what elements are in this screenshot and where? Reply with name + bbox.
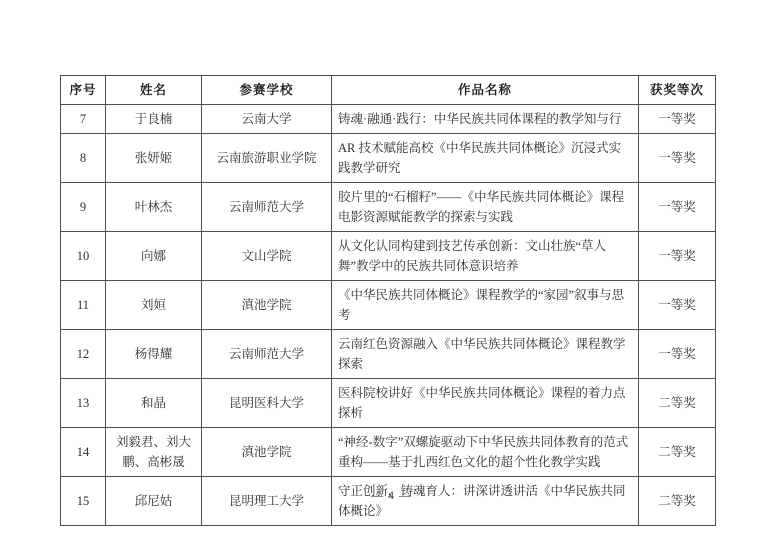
header-award-level: 获奖等次 xyxy=(639,76,716,105)
row-name: 刘毅君、刘大鹏、高彬晟 xyxy=(106,428,202,477)
row-work-title: AR 技术赋能高校《中华民族共同体概论》沉浸式实践教学研究 xyxy=(332,134,639,183)
row-name: 于良楠 xyxy=(106,105,202,134)
table-row: 8张妍姬云南旅游职业学院AR 技术赋能高校《中华民族共同体概论》沉浸式实践教学研… xyxy=(61,134,716,183)
table-row: 14刘毅君、刘大鹏、高彬晟滇池学院“神经-数字”双螺旋驱动下中华民族共同体教育的… xyxy=(61,428,716,477)
row-serial-number: 14 xyxy=(61,428,106,477)
row-name: 叶林杰 xyxy=(106,183,202,232)
row-work-title: “神经-数字”双螺旋驱动下中华民族共同体教育的范式重构——基于扎西红色文化的超个… xyxy=(332,428,639,477)
row-award-level: 一等奖 xyxy=(639,105,716,134)
row-school: 文山学院 xyxy=(202,232,332,281)
row-serial-number: 7 xyxy=(61,105,106,134)
row-serial-number: 12 xyxy=(61,330,106,379)
row-serial-number: 11 xyxy=(61,281,106,330)
row-award-level: 一等奖 xyxy=(639,232,716,281)
row-work-title: 铸魂·融通·践行：中华民族共同体课程的教学知与行 xyxy=(332,105,639,134)
row-serial-number: 8 xyxy=(61,134,106,183)
row-name: 杨得耀 xyxy=(106,330,202,379)
row-award-level: 一等奖 xyxy=(639,330,716,379)
table-row: 11刘姮滇池学院《中华民族共同体概论》课程教学的“家园”叙事与思考一等奖 xyxy=(61,281,716,330)
row-school: 云南大学 xyxy=(202,105,332,134)
header-serial-number: 序号 xyxy=(61,76,106,105)
row-name: 和晶 xyxy=(106,379,202,428)
header-school: 参赛学校 xyxy=(202,76,332,105)
row-award-level: 一等奖 xyxy=(639,183,716,232)
row-school: 滇池学院 xyxy=(202,281,332,330)
header-name: 姓名 xyxy=(106,76,202,105)
row-school: 昆明医科大学 xyxy=(202,379,332,428)
row-school: 云南旅游职业学院 xyxy=(202,134,332,183)
row-serial-number: 9 xyxy=(61,183,106,232)
table-row: 13和晶昆明医科大学医科院校讲好《中华民族共同体概论》课程的着力点探析二等奖 xyxy=(61,379,716,428)
row-work-title: 云南红色资源融入《中华民族共同体概论》课程教学探索 xyxy=(332,330,639,379)
row-school: 云南师范大学 xyxy=(202,183,332,232)
row-award-level: 一等奖 xyxy=(639,281,716,330)
document-page: 序号 姓名 参赛学校 作品名称 获奖等次 7于良楠云南大学铸魂·融通·践行：中华… xyxy=(0,0,783,553)
row-serial-number: 13 xyxy=(61,379,106,428)
row-award-level: 二等奖 xyxy=(639,379,716,428)
table-row: 9叶林杰云南师范大学胶片里的“石榴籽”——《中华民族共同体概论》课程电影资源赋能… xyxy=(61,183,716,232)
page-number: — 4 — xyxy=(0,488,783,503)
row-serial-number: 10 xyxy=(61,232,106,281)
row-name: 张妍姬 xyxy=(106,134,202,183)
header-work-title: 作品名称 xyxy=(332,76,639,105)
row-name: 向娜 xyxy=(106,232,202,281)
row-work-title: 从文化认同构建到技艺传承创新：文山壮族“草人舞”教学中的民族共同体意识培养 xyxy=(332,232,639,281)
row-name: 刘姮 xyxy=(106,281,202,330)
table-row: 7于良楠云南大学铸魂·融通·践行：中华民族共同体课程的教学知与行一等奖 xyxy=(61,105,716,134)
row-school: 云南师范大学 xyxy=(202,330,332,379)
table-header-row: 序号 姓名 参赛学校 作品名称 获奖等次 xyxy=(61,76,716,105)
row-work-title: 胶片里的“石榴籽”——《中华民族共同体概论》课程电影资源赋能教学的探索与实践 xyxy=(332,183,639,232)
table-row: 10向娜文山学院从文化认同构建到技艺传承创新：文山壮族“草人舞”教学中的民族共同… xyxy=(61,232,716,281)
row-award-level: 一等奖 xyxy=(639,134,716,183)
award-results-table: 序号 姓名 参赛学校 作品名称 获奖等次 7于良楠云南大学铸魂·融通·践行：中华… xyxy=(60,75,716,526)
table-row: 12杨得耀云南师范大学云南红色资源融入《中华民族共同体概论》课程教学探索一等奖 xyxy=(61,330,716,379)
row-school: 滇池学院 xyxy=(202,428,332,477)
row-work-title: 医科院校讲好《中华民族共同体概论》课程的着力点探析 xyxy=(332,379,639,428)
row-award-level: 二等奖 xyxy=(639,428,716,477)
row-work-title: 《中华民族共同体概论》课程教学的“家园”叙事与思考 xyxy=(332,281,639,330)
